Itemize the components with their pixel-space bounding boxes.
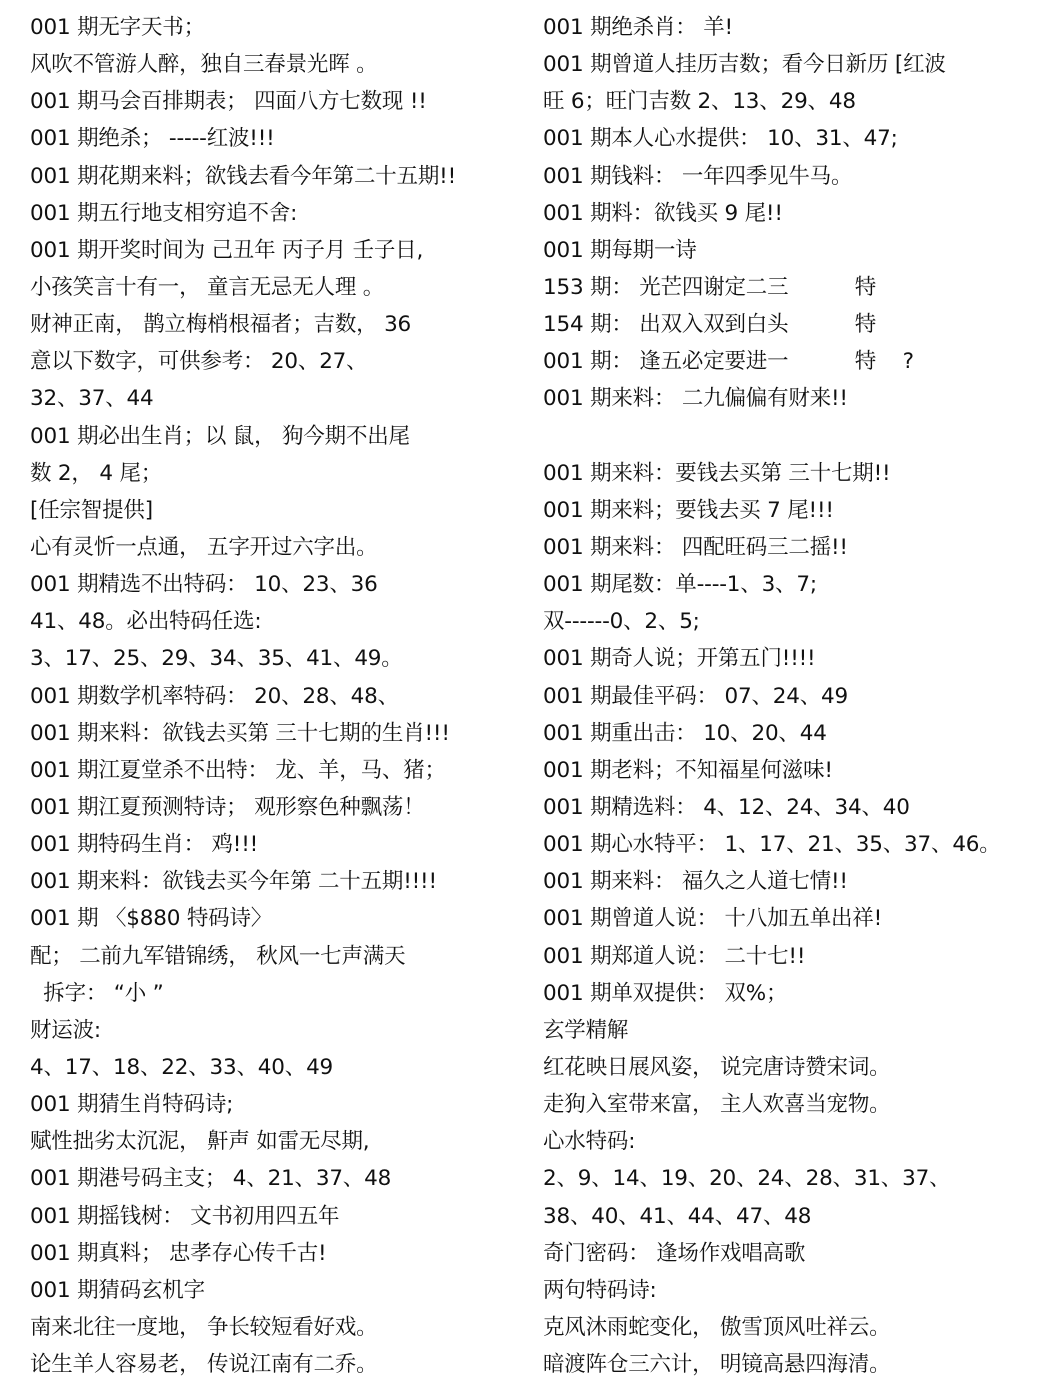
text-line: 旺 6；旺门吉数 2、13、29、48 <box>543 83 1041 120</box>
text-line: 小孩笑言十有一， 童言无忌无人理 。 <box>30 269 525 306</box>
text-line: 001 期特码生肖： 鸡!!! <box>30 826 525 863</box>
text-line: 001 期老料；不知福星何滋味! <box>543 752 1041 789</box>
text-line: 001 期每期一诗 <box>543 232 1041 269</box>
text-line: 001 期猜码玄机字 <box>30 1272 525 1309</box>
text-line: 001 期钱料： 一年四季见牛马。 <box>543 158 1041 195</box>
text-line: 001 期港号码主支； 4、21、37、48 <box>30 1160 525 1197</box>
text-line: 001 期料：欲钱买 9 尾!! <box>543 195 1041 232</box>
text-line: 001 期曾道人说： 十八加五单出祥! <box>543 900 1041 937</box>
text-line: 001 期来料；要钱去买 7 尾!!! <box>543 492 1041 529</box>
text-line: 克风沐雨蛇变化， 傲雪顶风吐祥云。 <box>543 1309 1041 1346</box>
text-line: 001 期江夏堂杀不出特： 龙、羊，马、猪； <box>30 752 525 789</box>
text-line: 南来北往一度地， 争长较短看好戏。 <box>30 1309 525 1346</box>
text-line: 风吹不管游人醉，独自三春景光晖 。 <box>30 46 525 83</box>
text-line: 001 期精选不出特码： 10、23、36 <box>30 566 525 603</box>
text-line: 001 期来料：要钱去买第 三十七期!! <box>543 455 1041 492</box>
text-line: 001 期绝杀肖： 羊! <box>543 9 1041 46</box>
text-line: 心有灵忻一点通， 五字开过六字出。 <box>30 529 525 566</box>
text-line: 001 期江夏预测特诗； 观形察色种飘荡！ <box>30 789 525 826</box>
text-line: 38、40、41、44、47、48 <box>543 1198 1041 1235</box>
left-column: 001 期无字天书； 风吹不管游人醉，独自三春景光晖 。 001 期马会百排期表… <box>30 9 525 1383</box>
text-line: 意以下数字，可供参考： 20、27、 <box>30 343 525 380</box>
text-line: 001 期心水特平： 1、17、21、35、37、46。 <box>543 826 1041 863</box>
text-line: 001 期尾数：单----1、3、7; <box>543 566 1041 603</box>
text-line: 001 期： 逢五必定要进一 特 ? <box>543 343 1041 380</box>
text-line: 001 期奇人说；开第五门!!!! <box>543 640 1041 677</box>
text-line: 001 期绝杀； -----红波!!! <box>30 120 525 157</box>
text-line: 赋性拙劣太沉泥， 鼾声 如雷无尽期, <box>30 1123 525 1160</box>
text-line: 001 期数学机率特码： 20、28、48、 <box>30 678 525 715</box>
text-line: 001 期花期来料；欲钱去看今年第二十五期!! <box>30 158 525 195</box>
text-line: 配； 二前九军错锦绣， 秋风一七声满天 <box>30 938 525 975</box>
text-line: 001 期来料：欲钱去买今年第 二十五期!!!! <box>30 863 525 900</box>
text-line: 001 期猜生肖特码诗; <box>30 1086 525 1123</box>
text-line: 4、17、18、22、33、40、49 <box>30 1049 525 1086</box>
text-line: 001 期最佳平码： 07、24、49 <box>543 678 1041 715</box>
text-line: 001 期来料： 福久之人道七情!! <box>543 863 1041 900</box>
text-line: 暗渡阵仓三六计， 明镜高悬四海清。 <box>543 1346 1041 1383</box>
text-line: 41、48。必出特码任选: <box>30 603 525 640</box>
text-line: 001 期来料： 二九偏偏有财来!! <box>543 380 1041 417</box>
text-line: 心水特码: <box>543 1123 1041 1160</box>
text-line: 001 期来料： 四配旺码三二摇!! <box>543 529 1041 566</box>
text-line: 数 2， 4 尾； <box>30 455 525 492</box>
text-line: 论生羊人容易老， 传说江南有二乔。 <box>30 1346 525 1383</box>
right-column: 001 期绝杀肖： 羊! 001 期曾道人挂历吉数；看今日新历 [红波 旺 6；… <box>543 9 1041 1383</box>
text-line: 001 期来料：欲钱去买第 三十七期的生肖!!! <box>30 715 525 752</box>
text-line: 拆字： “小 ” <box>30 975 525 1012</box>
blank-line <box>543 418 1041 455</box>
text-line: 001 期五行地支相穷追不舍: <box>30 195 525 232</box>
text-line: 财神正南， 鹊立梅梢根福者；吉数， 36 <box>30 306 525 343</box>
text-line: 3、17、25、29、34、35、41、49。 <box>30 640 525 677</box>
text-line: 001 期必出生肖；以 鼠， 狗今期不出尾 <box>30 418 525 455</box>
text-line: 001 期开奖时间为 己丑年 丙子月 壬子日, <box>30 232 525 269</box>
text-line: 001 期真料； 忠孝存心传千古! <box>30 1235 525 1272</box>
text-line: 153 期： 光芒四谢定二三 特 <box>543 269 1041 306</box>
text-line: 001 期重出击： 10、20、44 <box>543 715 1041 752</box>
text-line: 001 期摇钱树： 文书初用四五年 <box>30 1198 525 1235</box>
text-line: 001 期单双提供： 双%； <box>543 975 1041 1012</box>
text-line: 001 期本人心水提供： 10、31、47; <box>543 120 1041 157</box>
text-line: 001 期曾道人挂历吉数；看今日新历 [红波 <box>543 46 1041 83</box>
text-line: 001 期精选料： 4、12、24、34、40 <box>543 789 1041 826</box>
text-line: 001 期 〈$880 特码诗〉 <box>30 900 525 937</box>
text-line: 双------0、2、5; <box>543 603 1041 640</box>
text-line: 32、37、44 <box>30 380 525 417</box>
text-line: 奇门密码： 逢场作戏唱高歌 <box>543 1235 1041 1272</box>
text-line: 红花映日展风姿， 说完唐诗赞宋词。 <box>543 1049 1041 1086</box>
text-line: [任宗智提供] <box>30 492 525 529</box>
text-line: 001 期马会百排期表； 四面八方七数现 !! <box>30 83 525 120</box>
text-line: 001 期郑道人说： 二十七!! <box>543 938 1041 975</box>
text-line: 两句特码诗: <box>543 1272 1041 1309</box>
text-line: 154 期： 出双入双到白头 特 <box>543 306 1041 343</box>
text-line: 001 期无字天书； <box>30 9 525 46</box>
text-line: 走狗入室带来富， 主人欢喜当宠物。 <box>543 1086 1041 1123</box>
text-line: 2、9、14、19、20、24、28、31、37、 <box>543 1160 1041 1197</box>
text-line: 财运波: <box>30 1012 525 1049</box>
text-line: 玄学精解 <box>543 1012 1041 1049</box>
